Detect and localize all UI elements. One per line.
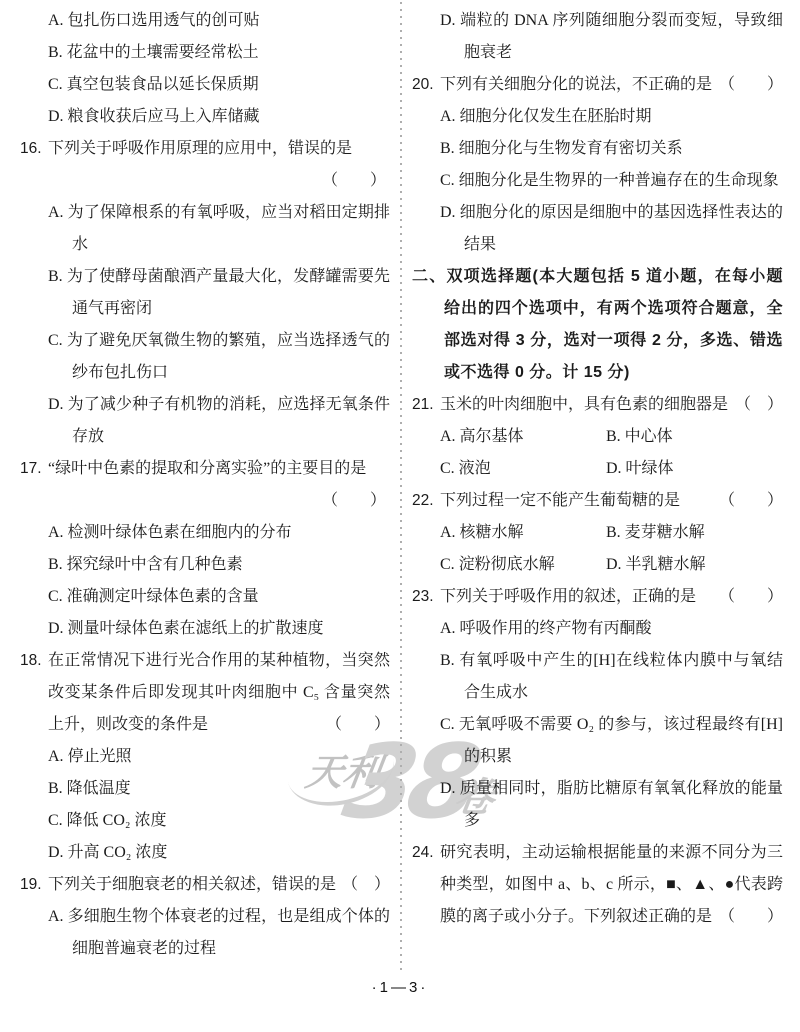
question-20-stem: 20.下列有关细胞分化的说法，不正确的是（ ） [412,69,783,101]
question-17-option-b: B. 探究绿叶中含有几种色素 [20,549,390,581]
left-column: A. 包扎伤口选用透气的创可贴 B. 花盆中的土壤需要经常松土 C. 真空包装食… [0,0,400,965]
question-24-number: 24. [412,837,434,869]
question-16-option-a: A. 为了保障根系的有氧呼吸，应当对稻田定期排水 [20,197,390,261]
question-22-options: A. 核糖水解 B. 麦芽糖水解 C. 淀粉彻底水解 D. 半乳糖水解 [440,517,783,581]
question-20-text: 下列有关细胞分化的说法，不正确的是 [440,76,712,93]
question-21-number: 21. [412,389,434,421]
right-column: D. 端粒的 DNA 序列随细胞分裂而变短，导致细胞衰老 20.下列有关细胞分化… [400,0,800,965]
question-15-option-b: B. 花盆中的土壤需要经常松土 [20,37,390,69]
question-17-option-c: C. 准确测定叶绿体色素的含量 [20,581,390,613]
section-2-heading: 二、双项选择题(本大题包括 5 道小题，在每小题给出的四个选项中，有两个选项符合… [412,261,783,389]
question-17-text: “绿叶中色素的提取和分离实验”的主要目的是 [48,460,366,477]
question-22-number: 22. [412,485,434,517]
question-16-option-d: D. 为了减少种子有机物的消耗，应选择无氧条件存放 [20,389,390,453]
question-16-number: 16. [20,133,42,165]
question-19-option-d: D. 端粒的 DNA 序列随细胞分裂而变短，导致细胞衰老 [412,5,783,69]
question-21-text: 玉米的叶肉细胞中，具有色素的细胞器是 [440,396,728,413]
question-22-answer-bracket: （ ） [719,485,783,517]
question-15-option-d: D. 粮食收获后应马上入库储藏 [20,101,390,133]
question-18-option-c: C. 降低 CO₂ 浓度 [20,805,390,837]
question-22-stem: 22.下列过程一定不能产生葡萄糖的是（ ） [412,485,783,517]
question-23-option-c: C. 无氧呼吸不需要 O₂ 的参与，该过程最终有[H]的积累 [412,709,783,773]
question-18-number: 18. [20,645,42,677]
question-21-option-a: A. 高尔基体 [440,421,606,453]
question-24-answer-bracket: （ ） [719,901,783,933]
question-23-number: 23. [412,581,434,613]
question-18-stem: 18.在正常情况下进行光合作用的某种植物，当突然改变某条件后即发现其叶肉细胞中 … [20,645,390,741]
question-16-stem: 16.下列关于呼吸作用原理的应用中，错误的是 [20,133,390,165]
question-17-option-d: D. 测量叶绿体色素在滤纸上的扩散速度 [20,613,390,645]
question-20-option-a: A. 细胞分化仅发生在胚胎时期 [412,101,783,133]
question-17-number: 17. [20,453,42,485]
question-22-option-b: B. 麦芽糖水解 [606,517,783,549]
question-19-stem: 19.下列关于细胞衰老的相关叙述，错误的是（ ） [20,869,390,901]
question-23-text: 下列关于呼吸作用的叙述，正确的是 [440,588,696,605]
question-20-answer-bracket: （ ） [719,69,783,101]
question-23-stem: 23.下列关于呼吸作用的叙述，正确的是（ ） [412,581,783,613]
question-16-option-b: B. 为了使酵母菌酿酒产量最大化，发酵罐需要先通气再密闭 [20,261,390,325]
question-22-text: 下列过程一定不能产生葡萄糖的是 [440,492,680,509]
question-21-answer-bracket: （ ） [735,389,783,421]
question-18-answer-bracket: （ ） [326,709,390,741]
question-23-option-b: B. 有氧呼吸中产生的[H]在线粒体内膜中与氧结合生成水 [412,645,783,709]
question-22-option-c: C. 淀粉彻底水解 [440,549,606,581]
question-17-answer-bracket: （ ） [20,485,390,517]
question-18-option-d: D. 升高 CO₂ 浓度 [20,837,390,869]
question-21-option-c: C. 液泡 [440,453,606,485]
question-23-option-d: D. 质量相同时，脂肪比糖原有氧氧化释放的能量多 [412,773,783,837]
question-19-number: 19. [20,869,42,901]
question-18-option-b: B. 降低温度 [20,773,390,805]
question-23-answer-bracket: （ ） [719,581,783,613]
question-16-answer-bracket: （ ） [20,165,390,197]
question-22-option-a: A. 核糖水解 [440,517,606,549]
question-21-stem: 21.玉米的叶肉细胞中，具有色素的细胞器是（ ） [412,389,783,421]
question-20-option-c: C. 细胞分化是生物界的一种普遍存在的生命现象 [412,165,783,197]
question-15-option-c: C. 真空包装食品以延长保质期 [20,69,390,101]
question-19-text: 下列关于细胞衰老的相关叙述，错误的是 [48,876,336,893]
question-22-option-d: D. 半乳糖水解 [606,549,783,581]
question-24-stem: 24.研究表明，主动运输根据能量的来源不同分为三种类型，如图中 a、b、c 所示… [412,837,783,933]
question-20-option-d: D. 细胞分化的原因是细胞中的基因选择性表达的结果 [412,197,783,261]
question-21-option-d: D. 叶绿体 [606,453,783,485]
question-21-options: A. 高尔基体 B. 中心体 C. 液泡 D. 叶绿体 [440,421,783,485]
column-divider [400,2,402,974]
question-15-option-a: A. 包扎伤口选用透气的创可贴 [20,5,390,37]
question-23-option-a: A. 呼吸作用的终产物有丙酮酸 [412,613,783,645]
question-21-option-b: B. 中心体 [606,421,783,453]
question-18-option-a: A. 停止光照 [20,741,390,773]
question-16-option-c: C. 为了避免厌氧微生物的繁殖，应当选择透气的纱布包扎伤口 [20,325,390,389]
question-16-text: 下列关于呼吸作用原理的应用中，错误的是 [48,140,352,157]
page-number: ·1—3· [0,972,800,1004]
question-19-option-a: A. 多细胞生物个体衰老的过程，也是组成个体的细胞普遍衰老的过程 [20,901,390,965]
question-17-stem: 17.“绿叶中色素的提取和分离实验”的主要目的是 [20,453,390,485]
question-17-option-a: A. 检测叶绿体色素在细胞内的分布 [20,517,390,549]
question-20-option-b: B. 细胞分化与生物发育有密切关系 [412,133,783,165]
question-19-answer-bracket: （ ） [342,869,390,901]
question-20-number: 20. [412,69,434,101]
